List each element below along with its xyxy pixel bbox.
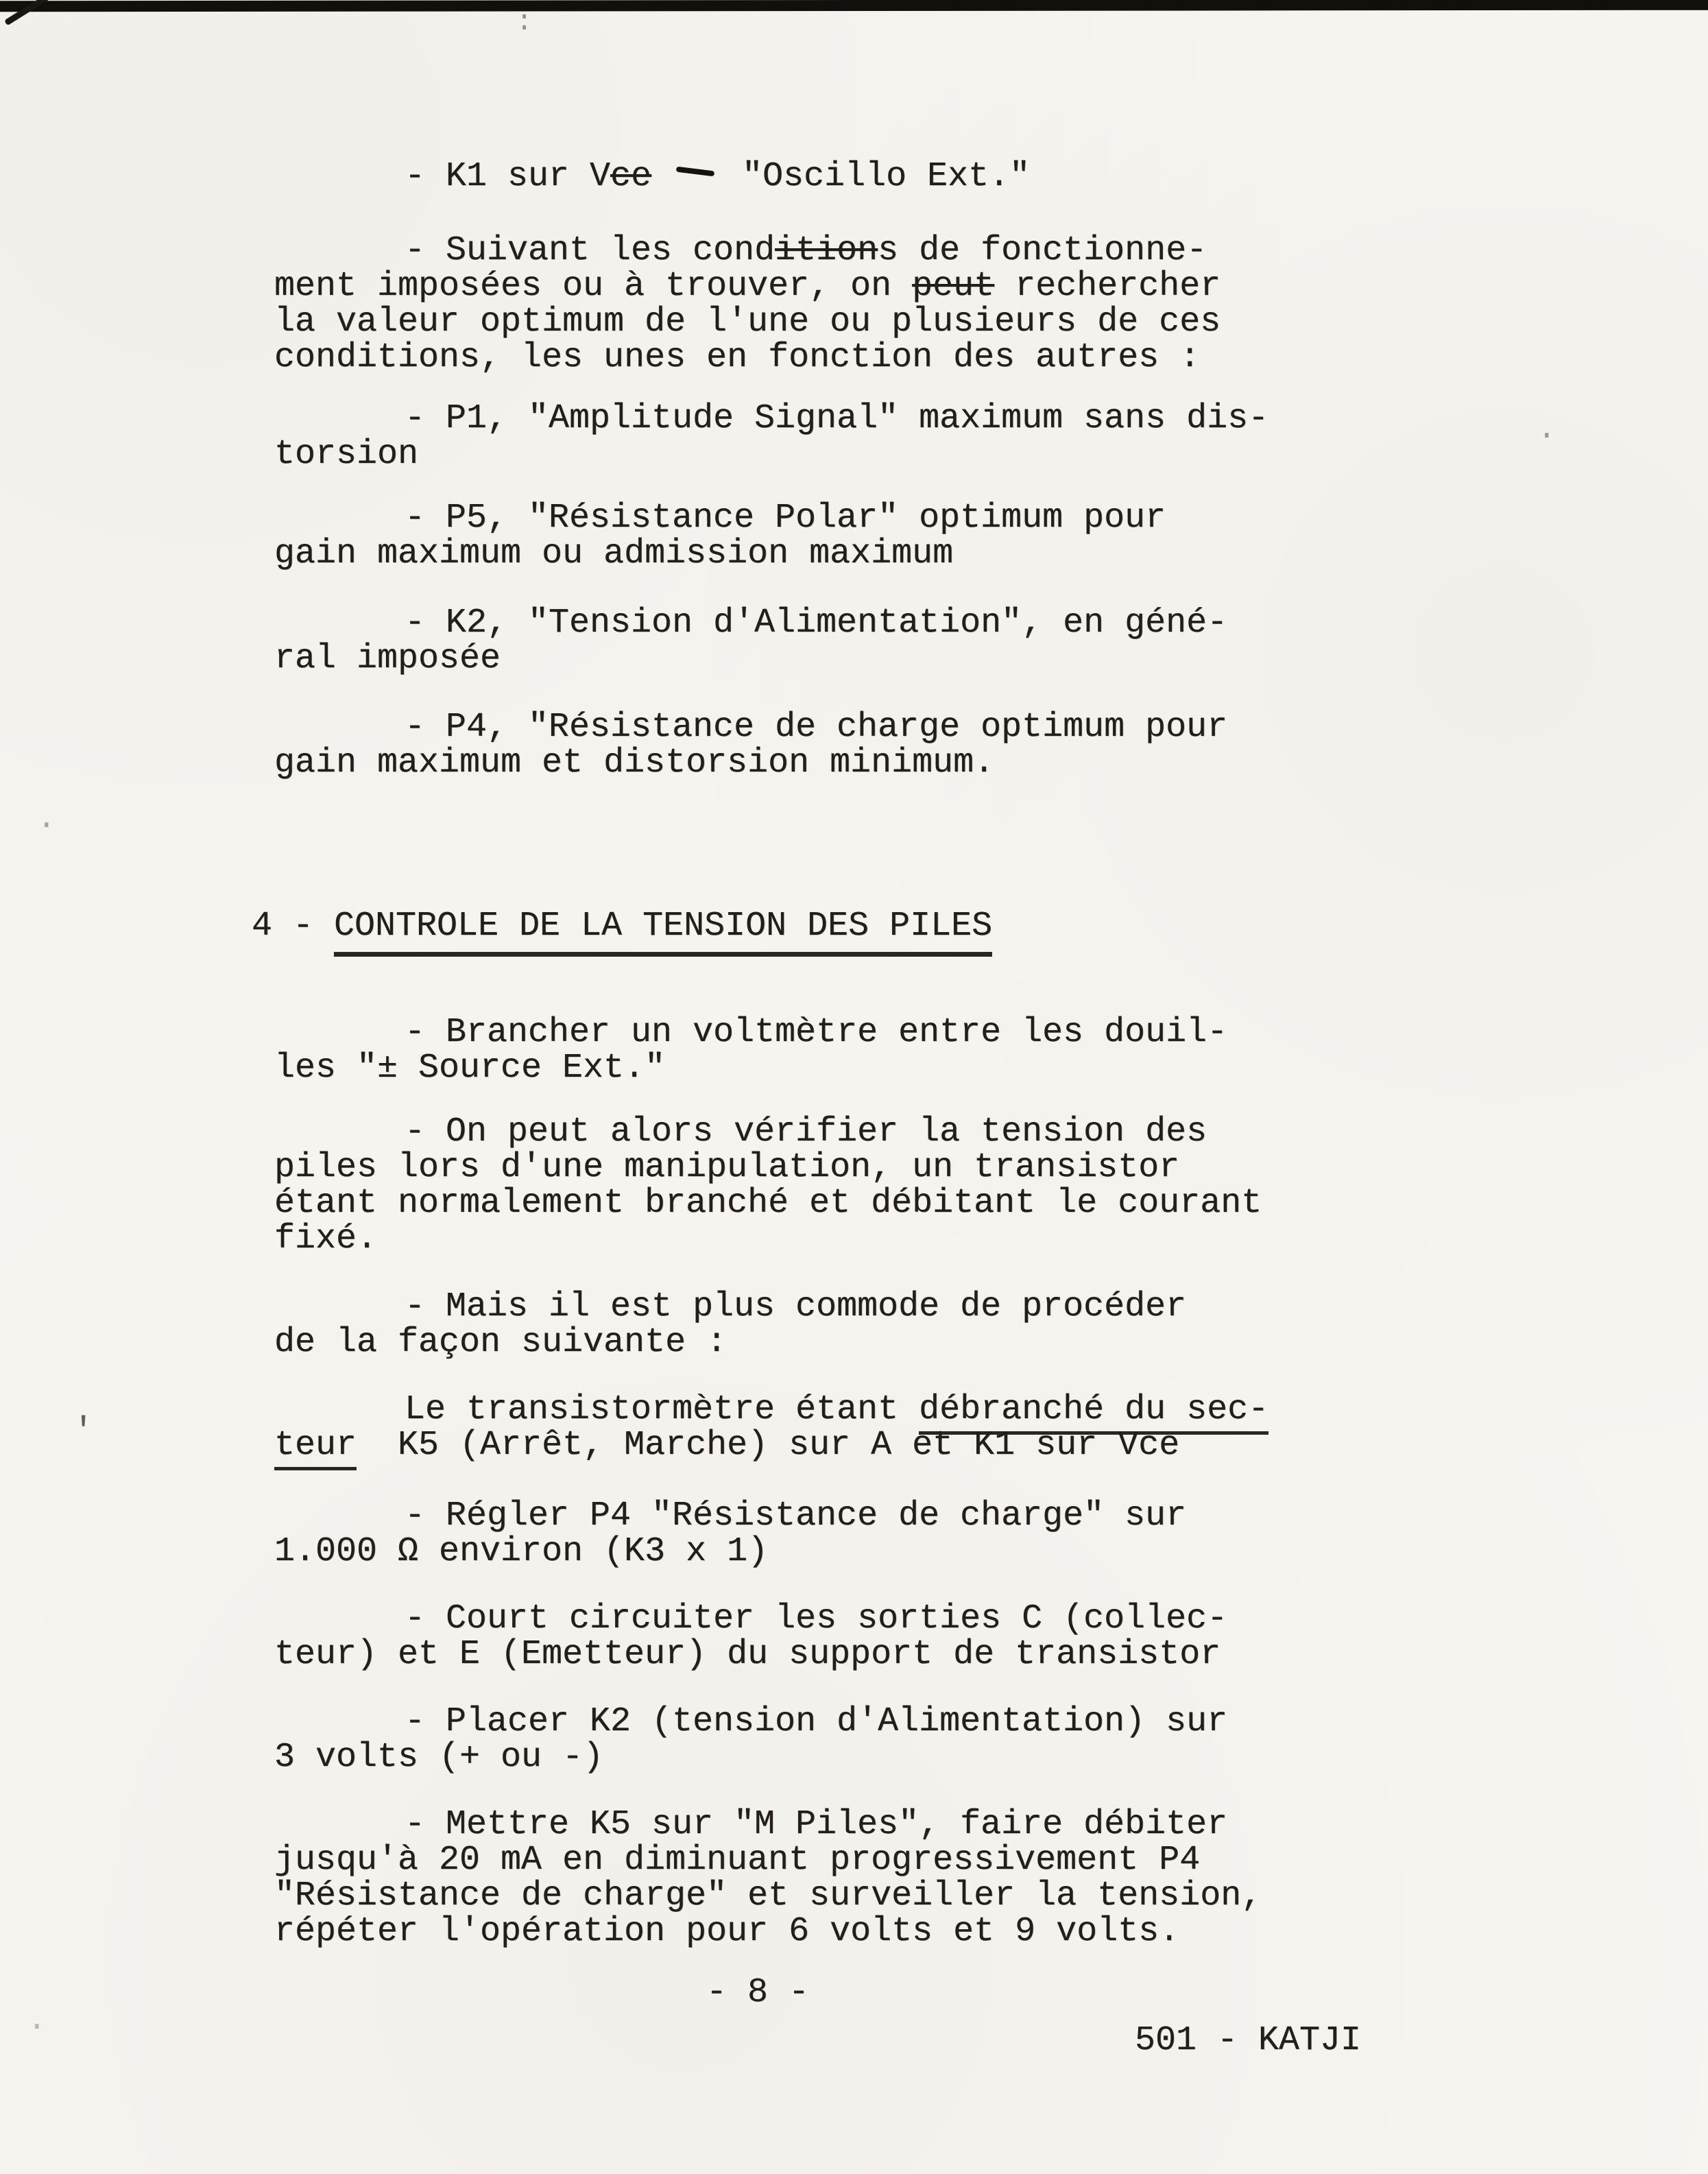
text-segment: s de fonctionne-	[878, 231, 1207, 270]
text-line: conditions, les unes en fonction des aut…	[274, 340, 1220, 376]
text-segment: - Court circuiter les sorties C (collec-	[405, 1599, 1227, 1638]
text-segment: CONTROLE DE LA TENSION DES PILES	[334, 907, 992, 957]
text-line: - 8 -	[706, 1975, 809, 2011]
text-line: la valeur optimum de l'une ou plusieurs …	[274, 304, 1220, 340]
text-line: - P5, "Résistance Polar" optimum pour	[405, 501, 1166, 536]
text-line: piles lors d'une manipulation, un transi…	[274, 1150, 1262, 1186]
scan-artifact: .	[37, 801, 56, 837]
text-segment: ition	[775, 231, 878, 270]
text-line: - On peut alors vérifier la tension des	[405, 1114, 1262, 1150]
text-segment: "Résistance de charge" et surveiller la …	[274, 1876, 1262, 1915]
item-p5: - P5, "Résistance Polar" optimum pourgai…	[274, 501, 1166, 572]
text-segment: fixé.	[274, 1219, 377, 1258]
text-line: torsion	[274, 437, 1268, 473]
text-line: - K2, "Tension d'Alimentation", en géné-	[405, 606, 1227, 641]
text-line: Le transistormètre étant débranché du se…	[405, 1392, 1268, 1428]
text-line: - Brancher un voltmètre entre les douil-	[405, 1015, 1227, 1051]
text-segment: - Mettre K5 sur "M Piles", faire débiter	[405, 1805, 1227, 1844]
text-line: de la façon suivante :	[274, 1325, 1186, 1361]
item-placer-k2: - Placer K2 (tension d'Alimentation) sur…	[274, 1704, 1227, 1776]
text-line: - Court circuiter les sorties C (collec-	[405, 1601, 1227, 1637]
text-segment: - On peut alors vérifier la tension des	[405, 1112, 1207, 1151]
text-segment: - Mais il est plus commode de procéder	[405, 1287, 1186, 1326]
item-k1-oscillo: - K1 sur Vce "Oscillo Ext."	[274, 159, 1030, 195]
text-segment: - Brancher un voltmètre entre les douil-	[405, 1013, 1227, 1052]
item-k2: - K2, "Tension d'Alimentation", en géné-…	[274, 606, 1227, 677]
text-line: - Mais il est plus commode de procéder	[405, 1289, 1186, 1325]
text-segment: - P5, "Résistance Polar" optimum pour	[405, 499, 1166, 538]
text-segment: - P4, "Résistance de charge optimum pour	[405, 708, 1227, 747]
text-line: les "± Source Ext."	[274, 1051, 1227, 1086]
text-segment: - Régler P4 "Résistance de charge" sur	[405, 1496, 1186, 1536]
text-segment: jusqu'à 20 mA en diminuant progressiveme…	[274, 1841, 1200, 1880]
text-line: - Suivant les conditions de fonctionne-	[405, 233, 1220, 269]
text-segment: Le transistormètre étant	[405, 1390, 919, 1429]
scan-artifact: .	[27, 2003, 47, 2038]
text-segment: 3 volts (+ ou -)	[274, 1738, 603, 1777]
text-line: teur K5 (Arrêt, Marche) sur A et K1 sur …	[274, 1428, 1268, 1464]
text-line: "Résistance de charge" et surveiller la …	[274, 1878, 1262, 1914]
footer-reference: 501 - KATJI	[1135, 2023, 1361, 2059]
text-segment: gain maximum et distorsion minimum.	[274, 743, 994, 783]
text-segment: de la façon suivante :	[274, 1323, 727, 1362]
text-segment: 4 -	[252, 907, 334, 946]
text-segment: - Suivant les cond	[405, 231, 775, 270]
text-segment: étant normalement branché et débitant le…	[274, 1184, 1262, 1223]
text-segment: teur) et E (Emetteur) du support de tran…	[274, 1635, 1220, 1674]
para-transistormetre-debranche: Le transistormètre étant débranché du se…	[274, 1392, 1268, 1464]
scan-artifact: :	[516, 5, 533, 38]
item-court-circuiter: - Court circuiter les sorties C (collec-…	[274, 1601, 1227, 1673]
scan-bottom-edge	[0, 0, 1708, 12]
text-segment: K5 (Arrêt, Marche) sur A et K1 sur Vce	[357, 1426, 1179, 1465]
text-segment: gain maximum ou admission maximum	[274, 534, 953, 573]
text-segment: - K2, "Tension d'Alimentation", en géné-	[405, 604, 1227, 643]
scanned-page: - 8 - 501 - KATJI - K1 sur Vce "Oscillo …	[0, 0, 1708, 2174]
section-heading: 4 - CONTROLE DE LA TENSION DES PILES	[252, 909, 992, 944]
text-segment: peut	[912, 267, 994, 306]
text-segment: - P1, "Amplitude Signal" maximum sans di…	[405, 399, 1268, 438]
para-on-peut-verifier: - On peut alors vérifier la tension desp…	[274, 1114, 1262, 1257]
handwritten-dash-mark	[676, 166, 715, 176]
scan-artifact: .	[1537, 411, 1556, 447]
text-line: jusqu'à 20 mA en diminuant progressiveme…	[274, 1843, 1262, 1878]
text-line: - P4, "Résistance de charge optimum pour	[405, 710, 1227, 745]
text-line: ment imposées ou à trouver, on peut rech…	[274, 269, 1220, 304]
text-line: répéter l'opération pour 6 volts et 9 vo…	[274, 1914, 1262, 1950]
text-line: gain maximum ou admission maximum	[274, 536, 1166, 572]
text-line: - K1 sur Vce "Oscillo Ext."	[405, 159, 1030, 195]
text-segment: ce	[610, 157, 651, 196]
text-segment: rechercher	[994, 267, 1220, 306]
text-line: 501 - KATJI	[1135, 2023, 1361, 2059]
text-line: 4 - CONTROLE DE LA TENSION DES PILES	[252, 909, 992, 944]
para-suivant-conditions: - Suivant les conditions de fonctionne-m…	[274, 233, 1220, 376]
text-line: - Placer K2 (tension d'Alimentation) sur	[405, 1704, 1227, 1740]
text-line: fixé.	[274, 1221, 1262, 1257]
text-line: étant normalement branché et débitant le…	[274, 1186, 1262, 1221]
text-segment: ral imposée	[274, 639, 501, 678]
text-segment: teur	[274, 1426, 357, 1470]
para-mais-commode: - Mais il est plus commode de procéderde…	[274, 1289, 1186, 1361]
text-line: - P1, "Amplitude Signal" maximum sans di…	[405, 401, 1268, 437]
scan-artifact: '	[73, 1411, 94, 1452]
footer-page-number: - 8 -	[706, 1975, 809, 2011]
text-line: - Régler P4 "Résistance de charge" sur	[405, 1498, 1186, 1534]
text-line: teur) et E (Emetteur) du support de tran…	[274, 1637, 1227, 1673]
text-segment: torsion	[274, 435, 418, 474]
text-segment: les "± Source Ext."	[274, 1049, 665, 1088]
text-segment: la valeur optimum de l'une ou plusieurs …	[274, 302, 1220, 342]
text-line: 3 volts (+ ou -)	[274, 1740, 1227, 1776]
item-p1: - P1, "Amplitude Signal" maximum sans di…	[274, 401, 1268, 473]
text-line: gain maximum et distorsion minimum.	[274, 745, 1227, 781]
text-line: 1.000 Ω environ (K3 x 1)	[274, 1534, 1186, 1570]
text-segment: - K1 sur V	[405, 157, 610, 196]
text-segment	[651, 157, 672, 196]
text-segment: répéter l'opération pour 6 volts et 9 vo…	[274, 1912, 1179, 1951]
text-line: ral imposée	[274, 641, 1227, 677]
text-segment: - Placer K2 (tension d'Alimentation) sur	[405, 1702, 1227, 1741]
text-segment: ment imposées ou à trouver, on	[274, 267, 912, 306]
item-mettre-k5: - Mettre K5 sur "M Piles", faire débiter…	[274, 1807, 1262, 1950]
item-brancher-voltmetre: - Brancher un voltmètre entre les douil-…	[274, 1015, 1227, 1086]
text-segment: conditions, les unes en fonction des aut…	[274, 338, 1200, 377]
item-p4: - P4, "Résistance de charge optimum pour…	[274, 710, 1227, 781]
text-line: - Mettre K5 sur "M Piles", faire débiter	[405, 1807, 1262, 1843]
item-regler-p4: - Régler P4 "Résistance de charge" sur1.…	[274, 1498, 1186, 1570]
text-segment: piles lors d'une manipulation, un transi…	[274, 1148, 1179, 1187]
text-segment: "Oscillo Ext."	[721, 157, 1030, 196]
text-segment: 1.000 Ω environ (K3 x 1)	[274, 1532, 768, 1571]
